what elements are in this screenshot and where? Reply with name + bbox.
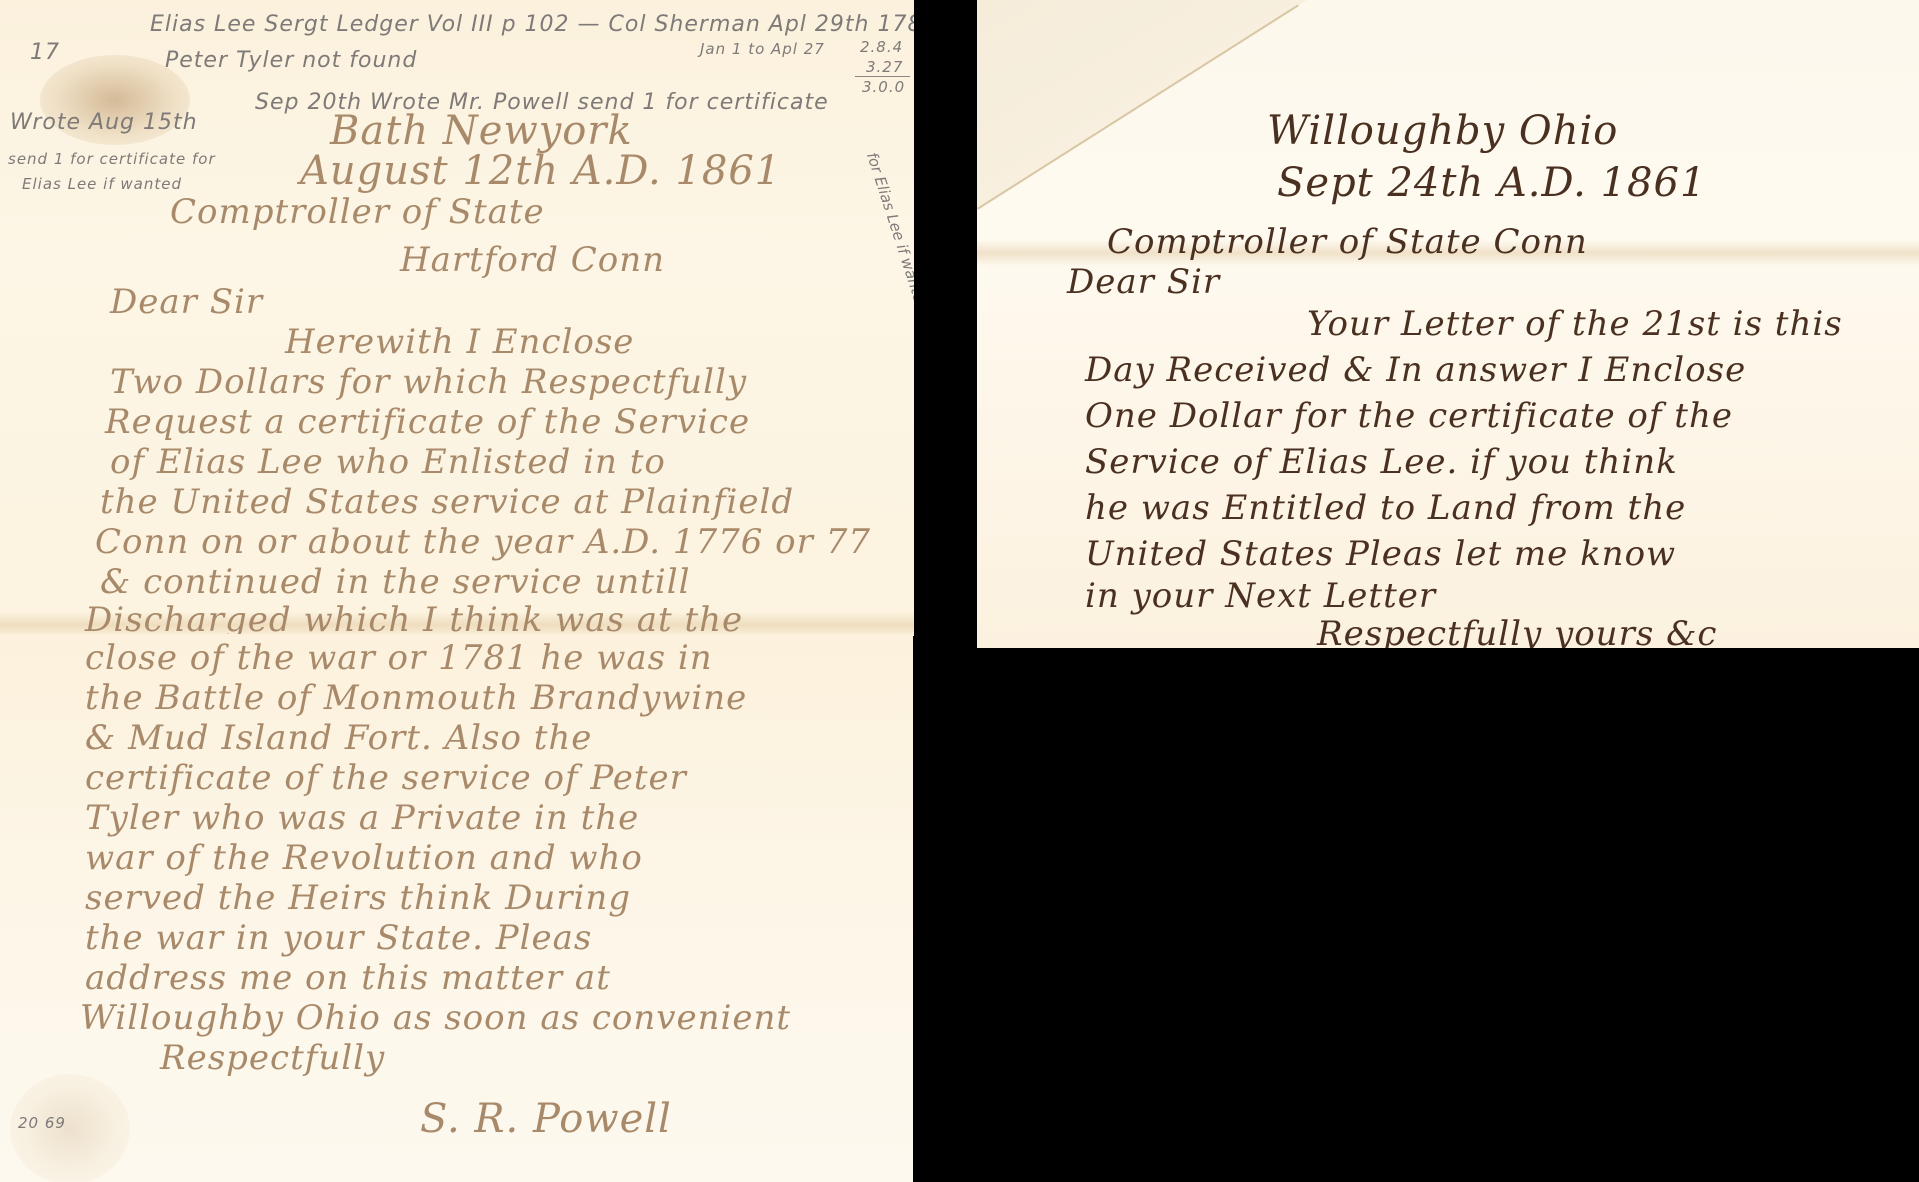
pencil-note-send: send 1 for certificate for	[8, 150, 216, 168]
pencil-note-aug15: Wrote Aug 15th	[10, 110, 198, 135]
signature: S. R. Powell	[420, 1096, 672, 1142]
body-line: & Mud Island Fort. Also the	[85, 718, 592, 758]
body-line: United States Pleas let me know	[1085, 534, 1676, 574]
body-line: certificate of the service of Peter	[85, 758, 687, 798]
pencil-note-elias: Elias Lee if wanted	[22, 175, 182, 193]
sum-b: 3.27	[866, 58, 903, 76]
recipient-city: Hartford Conn	[400, 240, 665, 280]
body-line: Day Received & In answer I Enclose	[1085, 350, 1746, 390]
pencil-note-ledger: Elias Lee Sergt Ledger Vol III p 102 — C…	[150, 12, 914, 37]
salutation: Dear Sir	[1067, 262, 1220, 302]
body-line: Discharged which I think was at the	[85, 600, 743, 636]
recipient: Comptroller of State Conn	[1107, 222, 1588, 262]
sum-rule	[855, 76, 910, 77]
body-line: Willoughby Ohio as soon as convenient	[80, 998, 791, 1038]
recipient-title: Comptroller of State	[170, 192, 545, 232]
body-line: he was Entitled to Land from the	[1085, 488, 1686, 528]
body-line: war of the Revolution and who	[85, 838, 643, 878]
pencil-margin-note: for Elias Lee if wanted	[863, 150, 914, 314]
sum-total: 3.0.0	[862, 78, 905, 96]
body-line: served the Heirs think During	[85, 878, 631, 918]
body-line: Herewith I Enclose	[285, 322, 634, 362]
letter-place: Willoughby Ohio	[1267, 108, 1618, 154]
pencil-note-dates: Jan 1 to Apl 27	[700, 40, 825, 58]
body-line: close of the war or 1781 he was in	[85, 638, 713, 678]
right-letter-page: Willoughby Ohio Sept 24th A.D. 1861 Comp…	[977, 0, 1919, 648]
body-line: One Dollar for the certificate of the	[1085, 396, 1733, 436]
body-line: the war in your State. Pleas	[85, 918, 592, 958]
body-line: of Elias Lee who Enlisted in to	[110, 442, 666, 482]
pencil-note-not-found: Peter Tyler not found	[165, 48, 417, 73]
letter-date: August 12th A.D. 1861	[300, 148, 781, 194]
closing: Respectfully yours &c	[1317, 614, 1717, 648]
sum-a: 2.8.4	[860, 38, 903, 56]
body-line: in your Next Letter	[1085, 576, 1436, 616]
left-letter-page-lower: close of the war or 1781 he was in the B…	[0, 634, 913, 1182]
archive-number: 20 69	[18, 1114, 66, 1132]
left-letter-page-upper: 17 Elias Lee Sergt Ledger Vol III p 102 …	[0, 0, 914, 636]
body-line: & continued in the service untill	[100, 562, 691, 602]
body-line: Your Letter of the 21st is this	[1307, 304, 1843, 344]
body-line: address me on this matter at	[85, 958, 611, 998]
letter-date: Sept 24th A.D. 1861	[1277, 160, 1706, 206]
body-line: Request a certificate of the Service	[105, 402, 750, 442]
body-line: Tyler who was a Private in the	[85, 798, 639, 838]
body-line: Two Dollars for which Respectfully	[110, 362, 747, 402]
body-line: Conn on or about the year A.D. 1776 or 7…	[95, 522, 871, 562]
body-line: the Battle of Monmouth Brandywine	[85, 678, 747, 718]
folio-mark: 17	[30, 40, 60, 65]
salutation: Dear Sir	[110, 282, 263, 322]
body-line: Service of Elias Lee. if you think	[1085, 442, 1678, 482]
body-line: the United States service at Plainfield	[100, 482, 794, 522]
closing: Respectfully	[160, 1038, 385, 1078]
